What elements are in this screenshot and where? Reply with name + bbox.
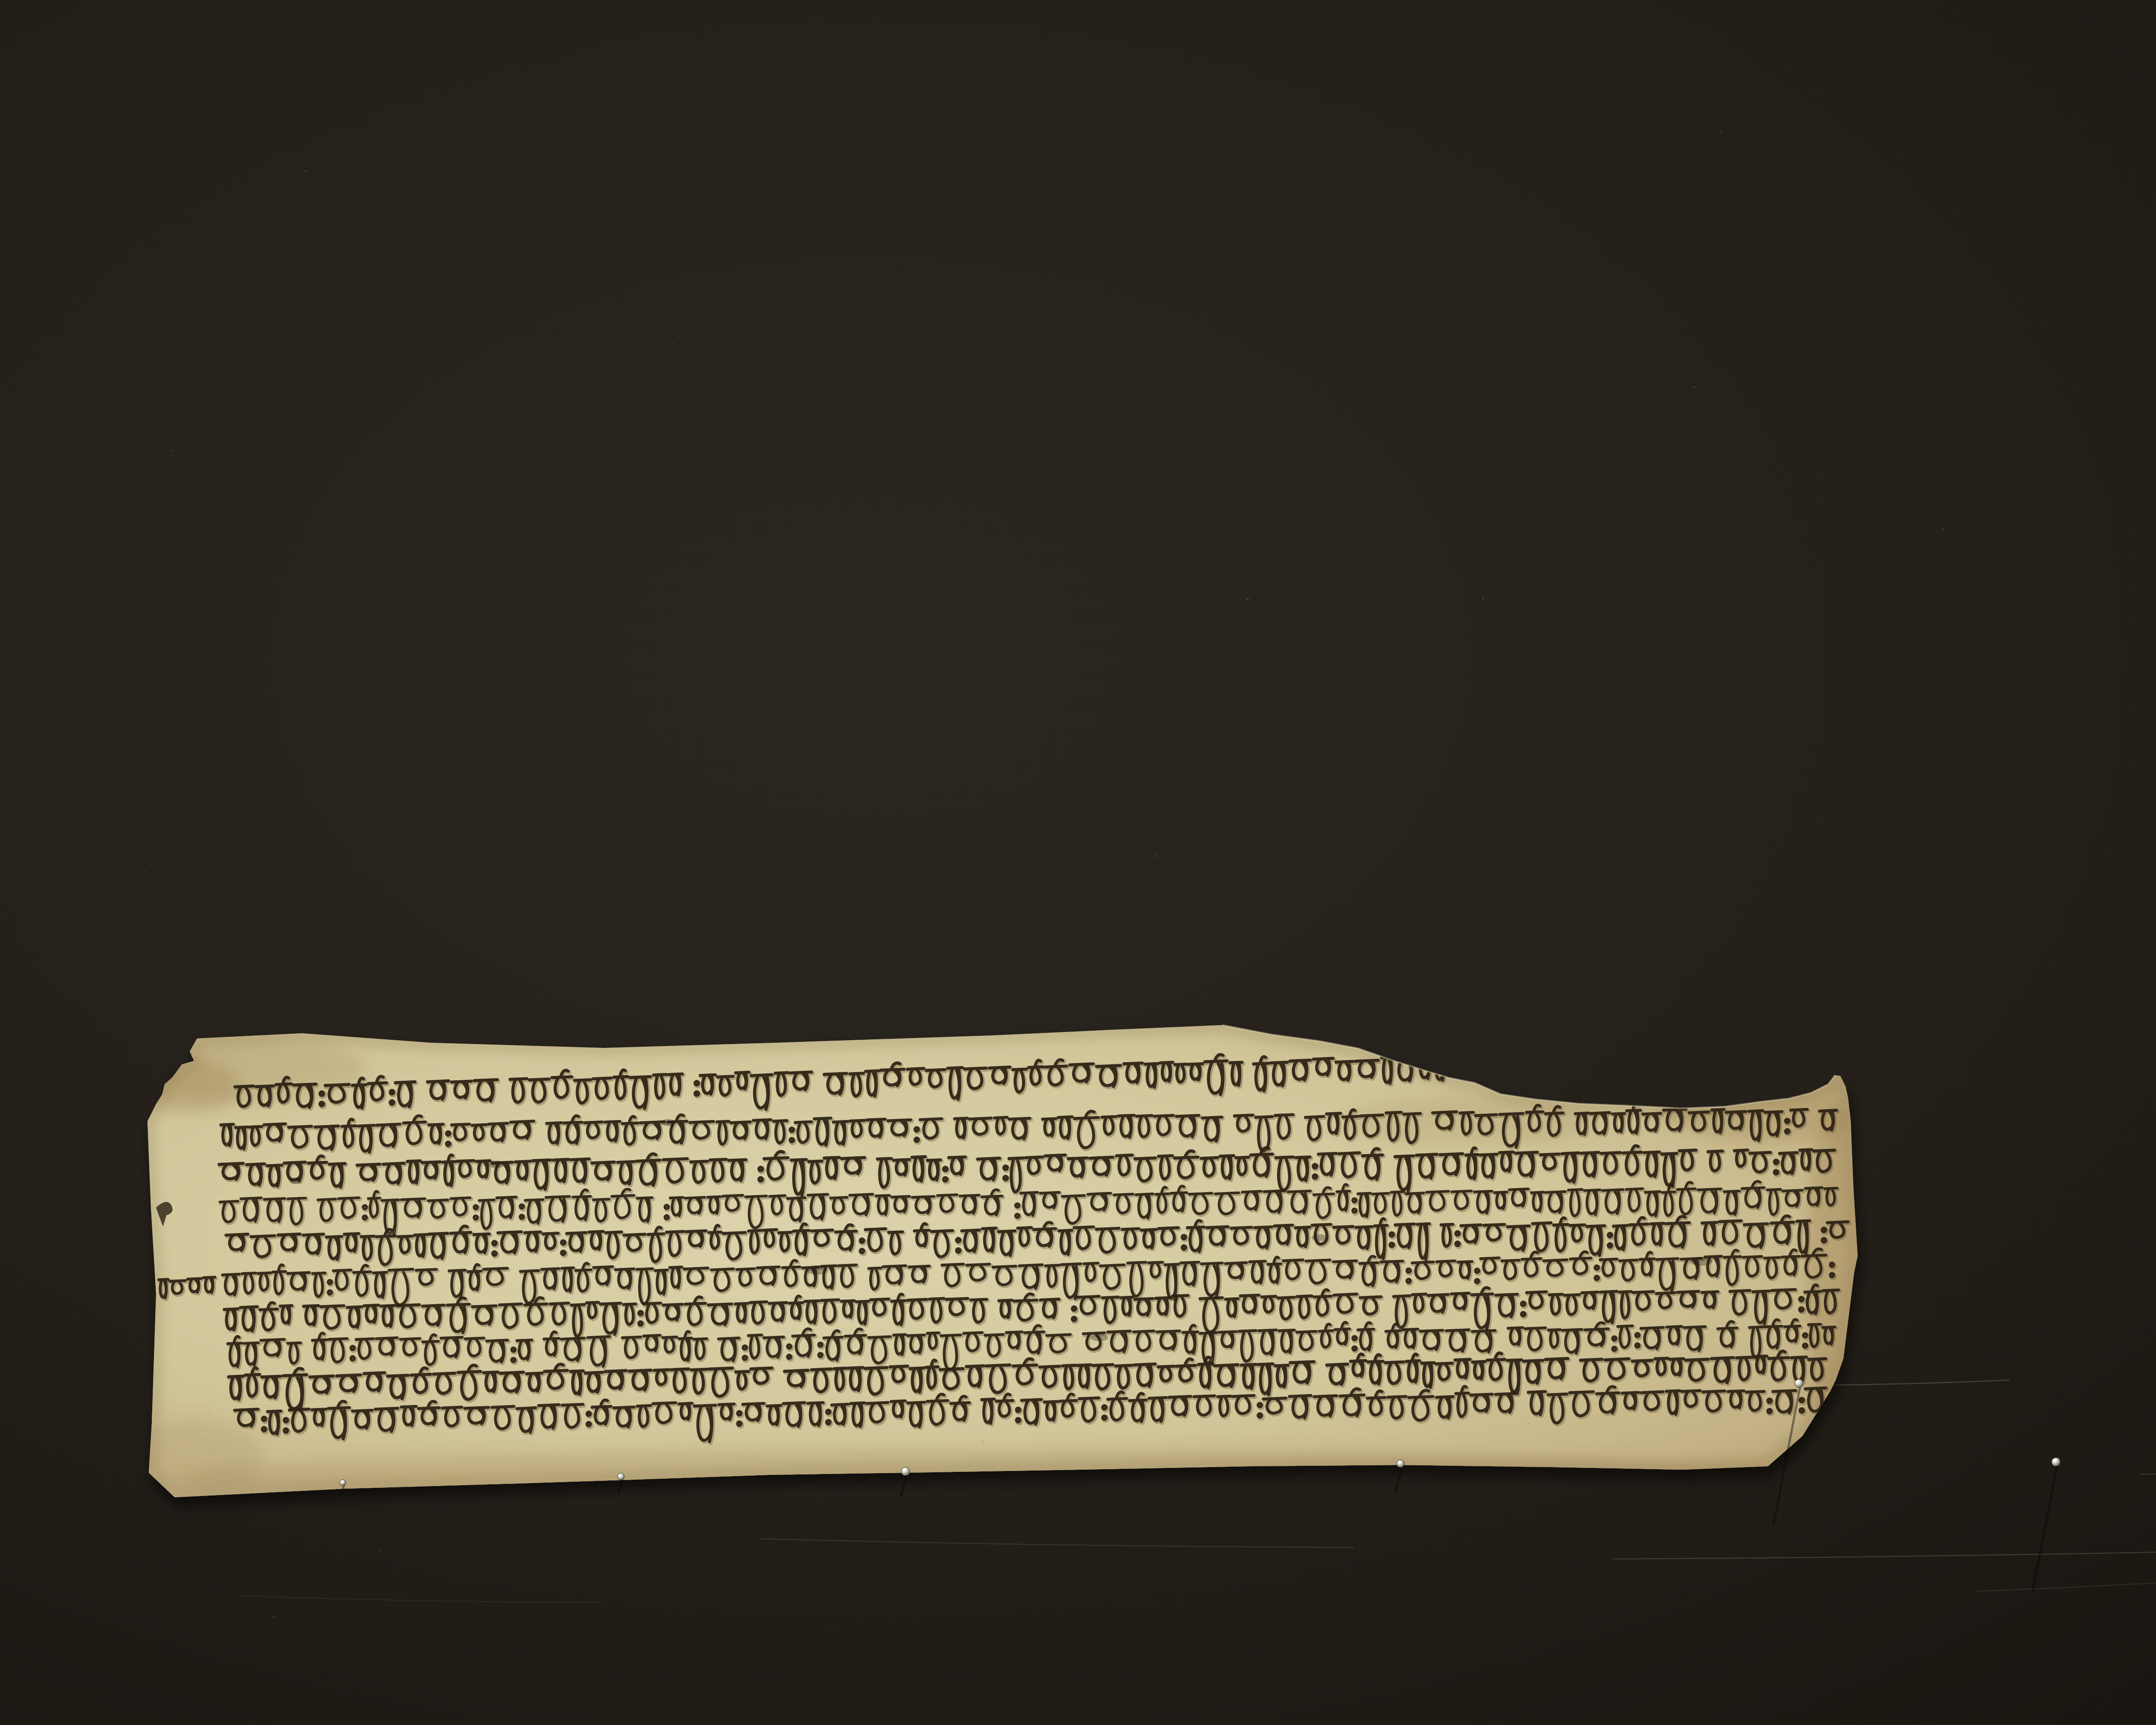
- speck: [1789, 1304, 1790, 1305]
- dust-speck: [1693, 386, 1696, 389]
- speck: [738, 1455, 740, 1457]
- speck: [196, 1057, 198, 1059]
- pin-head: [617, 1473, 624, 1480]
- speck: [1437, 1349, 1439, 1350]
- speck: [838, 1286, 839, 1287]
- speck: [1023, 1117, 1024, 1118]
- speck: [689, 1050, 692, 1052]
- dust-speck: [273, 1615, 275, 1618]
- speck: [993, 1318, 995, 1320]
- speck: [220, 1276, 221, 1276]
- speck: [1698, 1113, 1699, 1114]
- dust-speck: [143, 870, 146, 873]
- dust-speck: [1564, 592, 1566, 593]
- speck: [388, 1106, 389, 1107]
- speck: [907, 1268, 909, 1270]
- speck: [294, 1376, 297, 1378]
- speck: [870, 1150, 872, 1152]
- speck: [664, 1296, 665, 1297]
- dust-speck: [172, 449, 175, 452]
- speck: [207, 1413, 209, 1414]
- speck: [1539, 1322, 1540, 1323]
- dust-speck: [821, 1499, 823, 1500]
- speck: [599, 1091, 600, 1091]
- pin-head: [2052, 1458, 2060, 1466]
- dust-speck: [1719, 131, 1722, 133]
- speck: [1440, 1371, 1442, 1373]
- manuscript-photo: [0, 0, 2156, 1725]
- dust-speck: [378, 1549, 381, 1552]
- speck: [639, 1313, 642, 1315]
- speck: [843, 1437, 844, 1439]
- speck: [953, 1273, 955, 1275]
- pin-head: [1397, 1460, 1404, 1468]
- speck: [1730, 1341, 1732, 1343]
- pin-highlight: [2054, 1459, 2056, 1462]
- speck: [204, 1385, 206, 1387]
- speck: [1114, 1220, 1115, 1221]
- speck: [1192, 1405, 1193, 1406]
- dust-speck: [1482, 597, 1484, 599]
- speck: [342, 1392, 343, 1393]
- speck: [1627, 1294, 1630, 1296]
- ink-smudge: [1091, 1334, 1108, 1341]
- speck: [982, 1440, 984, 1442]
- speck: [932, 1296, 933, 1297]
- speck: [519, 1208, 521, 1210]
- speck: [506, 1115, 507, 1116]
- speck: [940, 1260, 942, 1262]
- dust-speck: [580, 311, 582, 313]
- speck: [496, 1184, 497, 1185]
- pin-highlight: [1398, 1462, 1401, 1464]
- dust-speck: [1155, 855, 1157, 857]
- dust-speck: [679, 336, 680, 337]
- speck: [1527, 1423, 1529, 1424]
- ink-smudge: [661, 1119, 675, 1126]
- speck: [619, 1259, 621, 1261]
- speck: [1680, 1301, 1683, 1303]
- pin-highlight: [1797, 1381, 1799, 1383]
- pin-head: [340, 1480, 346, 1486]
- pin-highlight: [341, 1481, 343, 1483]
- speck: [1634, 1334, 1636, 1336]
- speck: [219, 1428, 220, 1430]
- speck: [461, 1196, 462, 1198]
- dust-speck: [305, 170, 307, 172]
- speck: [454, 1154, 455, 1155]
- speck: [459, 1299, 461, 1301]
- dust-speck: [1942, 528, 1944, 531]
- pin-highlight: [903, 1469, 906, 1471]
- ink-smudge: [1690, 1257, 1712, 1266]
- speck: [1282, 1228, 1284, 1230]
- ink-smudge: [807, 1265, 827, 1275]
- speck: [207, 1298, 209, 1301]
- dust-speck: [1246, 598, 1249, 601]
- speck: [1784, 1208, 1786, 1210]
- ink-smudge: [289, 1177, 301, 1184]
- speck: [1556, 1122, 1557, 1123]
- dust-speck: [1529, 667, 1530, 669]
- pin-highlight: [619, 1474, 621, 1476]
- speck: [423, 1286, 425, 1288]
- ink-smudge: [488, 1160, 504, 1168]
- pin-head: [901, 1467, 910, 1476]
- pin-head: [1795, 1379, 1803, 1388]
- ink-smudge: [1312, 1234, 1327, 1241]
- speck: [1762, 1321, 1763, 1322]
- speck: [983, 1321, 986, 1324]
